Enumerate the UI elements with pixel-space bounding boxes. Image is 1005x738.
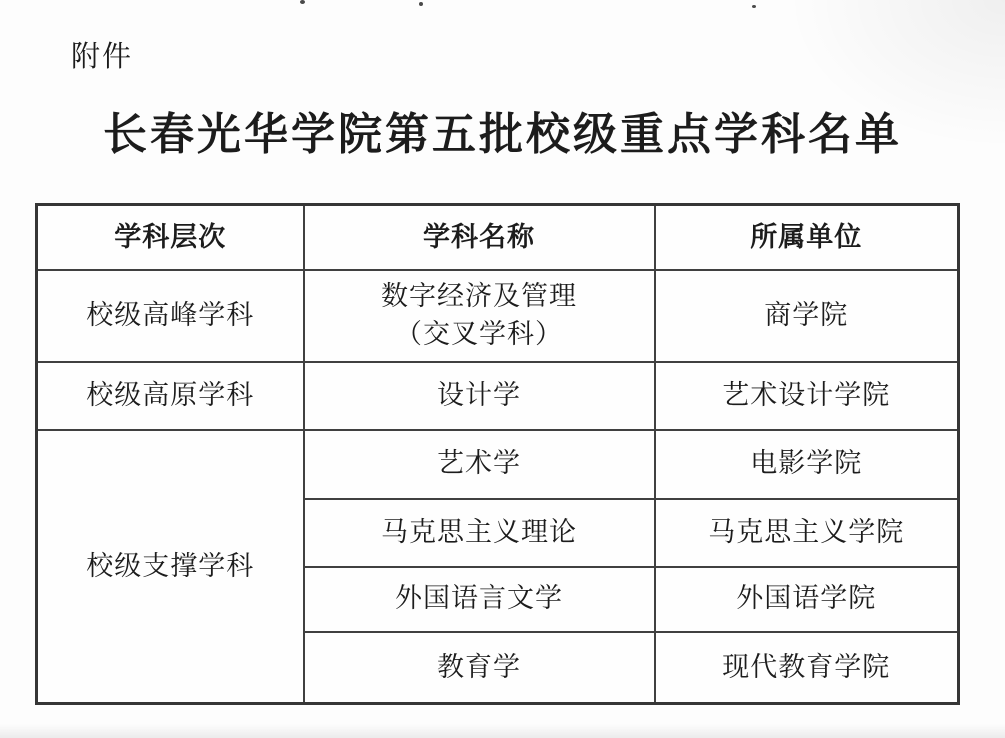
discipline-cell: 外国语言文学: [304, 567, 655, 632]
scan-speck: [752, 5, 756, 8]
disciplines-table-container: 学科层次 学科名称 所属单位 校级高峰学科 数字经济及管理 （交叉学科） 商学院…: [35, 203, 960, 705]
table-row: 校级高原学科 设计学 艺术设计学院: [37, 362, 959, 430]
scanned-document-page: { "colors": { "page_background": "#fdfdf…: [0, 0, 1005, 738]
col-header-affiliated-unit: 所属单位: [655, 205, 959, 270]
discipline-cell: 马克思主义理论: [304, 499, 655, 567]
scan-speck: [419, 2, 423, 6]
disciplines-table: 学科层次 学科名称 所属单位 校级高峰学科 数字经济及管理 （交叉学科） 商学院…: [35, 203, 960, 705]
discipline-cell: 数字经济及管理 （交叉学科）: [304, 270, 655, 362]
scan-speck: [300, 0, 305, 4]
discipline-cell: 艺术学: [304, 430, 655, 499]
table-row: 校级支撑学科 艺术学 电影学院: [37, 430, 959, 499]
page-title: 长春光华学院第五批校级重点学科名单: [0, 98, 1005, 162]
unit-cell: 艺术设计学院: [655, 362, 959, 430]
unit-cell: 电影学院: [655, 430, 959, 499]
level-cell-merged: 校级支撑学科: [37, 430, 304, 704]
unit-cell: 商学院: [655, 270, 959, 362]
col-header-discipline-name: 学科名称: [304, 205, 655, 270]
level-cell: 校级高峰学科: [37, 270, 304, 362]
unit-cell: 马克思主义学院: [655, 499, 959, 567]
table-row: 校级高峰学科 数字经济及管理 （交叉学科） 商学院: [37, 270, 959, 362]
scan-edge-shadow: [0, 724, 1005, 738]
discipline-cell: 设计学: [304, 362, 655, 430]
unit-cell: 现代教育学院: [655, 632, 959, 704]
discipline-cell: 教育学: [304, 632, 655, 704]
level-cell: 校级高原学科: [37, 362, 304, 430]
col-header-discipline-level: 学科层次: [37, 205, 304, 270]
discipline-line: 数字经济及管理: [305, 278, 654, 315]
table-header-row: 学科层次 学科名称 所属单位: [37, 205, 959, 270]
discipline-line: （交叉学科）: [305, 316, 654, 353]
unit-cell: 外国语学院: [655, 567, 959, 632]
attachment-label: 附件: [71, 40, 133, 75]
